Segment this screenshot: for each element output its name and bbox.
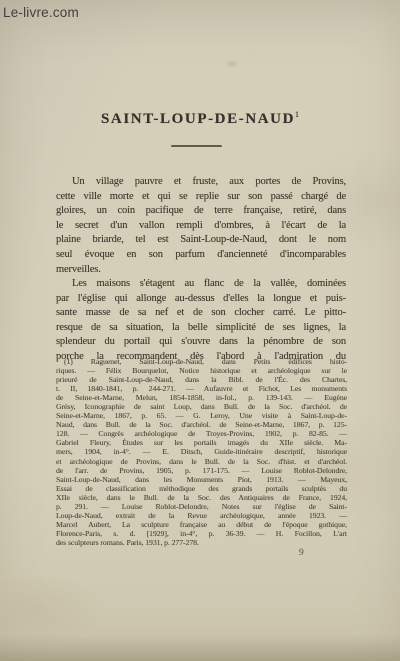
footnote-line: t. II, 1840-1841, p. 244-271. — Aufauvre… (56, 384, 347, 393)
text-line: le secret d'un vallon rempli d'ombres, à… (56, 219, 346, 234)
footnote-line: XIIe siècle, dans le Bull. de la Soc. de… (56, 493, 347, 502)
footnote-line: Seine-et-Marne, 1867, p. 65. — G. Leroy,… (56, 411, 347, 420)
text-line: Les maisons s'étagent au flanc de la val… (56, 277, 346, 292)
footnote-line: riques. — Félix Bourquelot, Notice histo… (56, 366, 347, 375)
footnote-line: prieuré de Saint-Loup-de-Naud, dans la B… (56, 375, 347, 384)
footnote-line: (1) Raguenet, Saint-Loup-de-Naud, dans P… (56, 357, 347, 366)
footnote-line: Saint-Loup-de-Naud, dans les Monuments P… (56, 475, 347, 484)
footnote-line: Loup-de-Naud, extrait de la Revue archéo… (56, 511, 347, 520)
footnote-line: p. 291. — Louise Roblot-Delondre, Notes … (56, 502, 347, 511)
footnote-line: des sculpteurs romans. Paris, 1931, p. 2… (56, 538, 347, 547)
signature-mark: 9 (299, 548, 304, 558)
text-line: seul évoque en son parfum d'ancienneté d… (56, 248, 346, 263)
text-line: Un village pauvre et fruste, aux portes … (56, 175, 346, 190)
text-line: resque de sa situation, la belle simplic… (56, 321, 346, 336)
paragraph-2: Les maisons s'étagent au flanc de la val… (56, 277, 346, 365)
watermark: Le-livre.com (3, 5, 79, 20)
page-title-text: SAINT-LOUP-DE-NAUD (101, 111, 295, 127)
page-title: SAINT-LOUP-DE-NAUD1 (0, 110, 400, 128)
text-line: splendeur du portail qui s'ouvre dans la… (56, 335, 346, 350)
footnote-line: de Seine-et-Marne, Melun, 1854-1858, in-… (56, 393, 347, 402)
text-line: cette ville morte et qui se replie sur s… (56, 190, 346, 205)
footnote-block: (1) Raguenet, Saint-Loup-de-Naud, dans P… (56, 357, 347, 547)
text-line: sante masse de sa nef et de son clocher … (56, 306, 346, 321)
text-line: gloires, un coin pacifique de terre fran… (56, 204, 346, 219)
footnote-line: mers, 1904, in-4°. — E. Ditsch, Guide-it… (56, 447, 347, 456)
paragraph-1: Un village pauvre et fruste, aux portes … (56, 175, 346, 277)
text-line: par l'église qui allonge au-dessus d'ell… (56, 292, 346, 307)
scanned-book-page: Le-livre.com SAINT-LOUP-DE-NAUD1 Un vill… (0, 0, 400, 661)
text-line: merveilles. (56, 263, 346, 278)
footnote-line: Naud, dans Bull. de la Soc. d'archéol. d… (56, 420, 347, 429)
footnote-line: Grésy, Iconographie de saint Loup, dans … (56, 402, 347, 411)
title-footnote-ref: 1 (295, 110, 299, 119)
footnote-line: et archéologique de Provins, dans le Bul… (56, 457, 347, 466)
footnote-line: de l'arr. de Provins, 1905, p. 171-175. … (56, 466, 347, 475)
footnote-line: Marcel Aubert, La sculpture française au… (56, 520, 347, 529)
footnote-line: Gabriel Fleury, Études sur les portails … (56, 438, 347, 447)
footnote-line: Essai de classification méthodique des g… (56, 484, 347, 493)
footnote-line: Florence-Paris, s. d. [1929], in-4°, p. … (56, 529, 347, 538)
title-divider (171, 145, 222, 147)
footnote-line: 128. — Congrès archéologique de Troyes-P… (56, 429, 347, 438)
text-line: plaine briarde, tel est Saint-Loup-de-Na… (56, 233, 346, 248)
